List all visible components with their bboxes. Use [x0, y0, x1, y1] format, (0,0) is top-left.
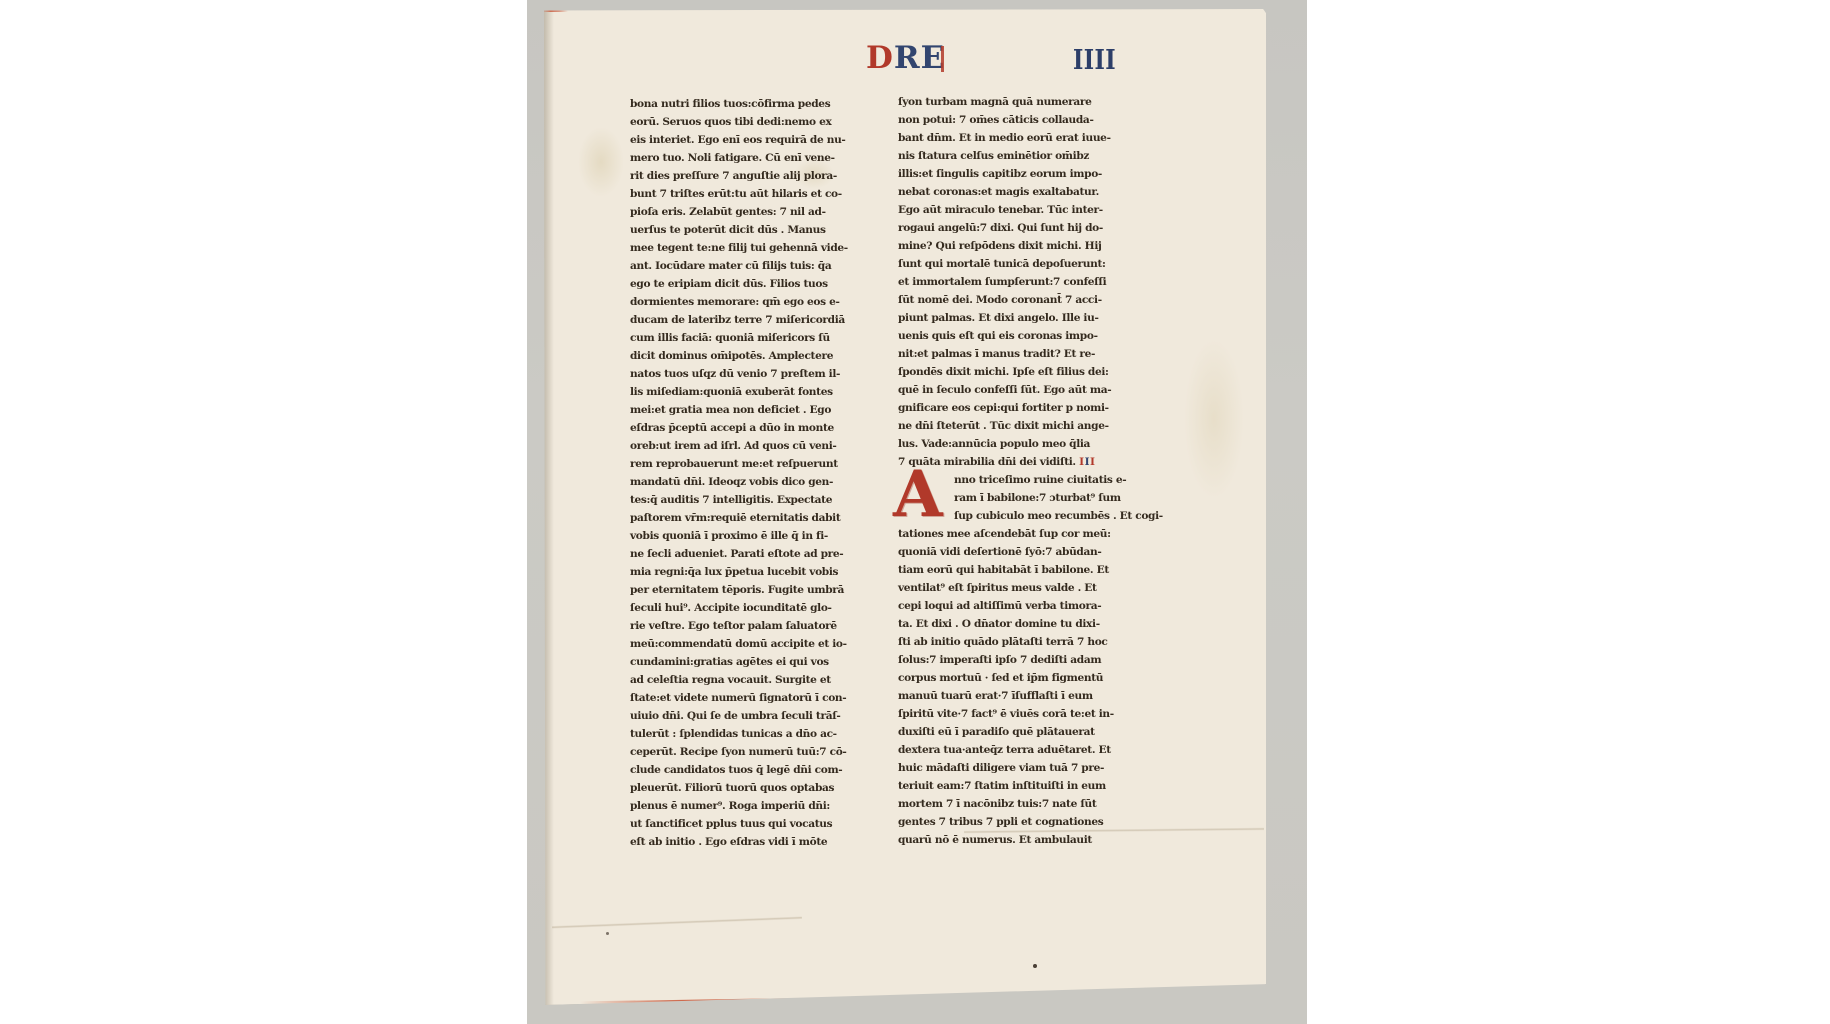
text-line: rem reprobauerunt me:et reſpuerunt — [630, 455, 858, 473]
text-line: cum illis faciā: quoniā miſericors ſū — [630, 329, 858, 347]
text-line: huic mādaſti diligere viam tuā 7 pre- — [898, 759, 1126, 777]
text-line: bona nutri filios tuos:cōfirma pedes — [630, 95, 858, 113]
text-line: pleuerūt. Filiorū tuorū quos optabas — [630, 779, 858, 797]
text-line: dicit dominus om̄ipotēs. Amplectere — [630, 347, 858, 365]
text-line: natos tuos uſqz dū venio 7 preſtem il- — [630, 365, 858, 383]
text-line: ta. Et dixi . O dn̄ator domine tu dixi- — [898, 615, 1126, 633]
text-line: illis:et ſingulis capitibz eorum impo- — [898, 165, 1126, 183]
text-line: oreb:ut irem ad iſrl. Ad quos cū veni- — [630, 437, 858, 455]
text-line: uiuio dn̄i. Qui ſe de umbra ſeculi trāſ- — [630, 707, 858, 725]
red-edge-stain — [542, 9, 568, 12]
text-line: cepi loqui ad altiſſimū verba timora- — [898, 597, 1126, 615]
text-line: non potui: 7 om̄es cāticis collauda- — [898, 111, 1126, 129]
text-line: dextera tua·anteq̄z terra aduētaret. Et — [898, 741, 1126, 759]
text-line: mei:et gratia mea non deficiet . Ego — [630, 401, 858, 419]
speck — [606, 932, 609, 935]
text-line: nebat coronas:et magis exaltabatur. — [898, 183, 1126, 201]
text-line: ne dn̄i ſteterūt . Tūc dixit michi ange- — [898, 417, 1126, 435]
crease — [552, 916, 802, 929]
text-line: cundamini:gratias agētes ei qui vos — [630, 653, 858, 671]
text-line: pioſa eris. Zelabūt gentes: 7 nil ad- — [630, 203, 858, 221]
text-line: eſt ab initio . Ego eſdras vidi ī mōte — [630, 833, 858, 851]
text-line: quoniā vidi deſertionē ſyō:7 abūdan- — [898, 543, 1126, 561]
text-line: ne ſecli adueniet. Parati eſtote ad pre- — [630, 545, 858, 563]
text-line: nis ſtatura celſus eminētior om̄ibz — [898, 147, 1126, 165]
text-line: quē in ſeculo confeſſi ſūt. Ego aūt ma- — [898, 381, 1126, 399]
text-line: mandatū dn̄i. Ideoqz vobis dico gen- — [630, 473, 858, 491]
margin-stain — [578, 127, 624, 197]
text-line: teriuit eam:7 ſtatim inſtituiſti in eum — [898, 777, 1126, 795]
text-line: nit:et palmas ī manus tradit? Et re- — [898, 345, 1126, 363]
red-edge-stain — [580, 997, 890, 1006]
text-line: mee tegent te:ne filij tui gehennā vide- — [630, 239, 858, 257]
speck — [1033, 964, 1037, 968]
text-line: clude candidatos tuos q̄ legē dn̄i com- — [630, 761, 858, 779]
chapter-numeral: I — [1090, 456, 1095, 468]
text-line: ſtate:et videte numerū ſignatorū ī con- — [630, 689, 858, 707]
text-line: mia regni:q̄a lux p̄petua lucebit vobis — [630, 563, 858, 581]
text-column-right: ſyon turbam magnā quā numerarenon potui:… — [898, 93, 1126, 849]
text-line: corpus mortuū · ſed et ip̄m figmentū — [898, 669, 1126, 687]
text-line: mortem 7 ī nacōnibz tuis:7 nate ſūt — [898, 795, 1126, 813]
folio-number: IIII — [1073, 45, 1116, 76]
text-line: uenis quis eſt qui eis coronas impo- — [898, 327, 1126, 345]
screenshot-canvas: DRE IIII bona nutri filios tuos:cōfirma … — [0, 0, 1830, 1024]
text-line: dormientes memorare: qm̄ ego eos e- — [630, 293, 858, 311]
text-line: bant dn̄m. Et in medio eorū erat iuue- — [898, 129, 1126, 147]
red-edge-stain — [999, 990, 1119, 996]
text-line: lus. Vade:annūcia populo meo q̄lia — [898, 435, 1126, 453]
text-line: Ego aūt miraculo tenebar. Tūc inter- — [898, 201, 1126, 219]
text-line: ſpiritū vite·7 fact⁹ ē viuēs corā te:et … — [898, 705, 1126, 723]
text-line: ſyon turbam magnā quā numerare — [898, 93, 1126, 111]
manuscript-leaf: DRE IIII bona nutri filios tuos:cōfirma … — [544, 9, 1266, 1005]
running-title-letter: D — [866, 43, 894, 73]
text-line: vobis quoniā ī proximo ē ille q̄ in fi- — [630, 527, 858, 545]
text-line: bunt 7 triſtes erūt:tu aūt hilaris et co… — [630, 185, 858, 203]
text-line: duxiſti eū ī paradiſo quē plātauerat — [898, 723, 1126, 741]
text-line: ſeculi hui⁹. Accipite iocunditatē glo- — [630, 599, 858, 617]
text-line: rogaui angelū:7 dixi. Qui ſunt hij do- — [898, 219, 1126, 237]
rubric-pen-stroke — [941, 46, 944, 72]
chapter-initial-a: A — [893, 467, 942, 523]
text-line: ceperūt. Recipe ſyon numerū tuū:7 cō- — [630, 743, 858, 761]
text-line: manuū tuarū erat·7 īſufflaſti ī eum — [898, 687, 1126, 705]
text-line: paſtorem vr̄m:requiē eternitatis dabit — [630, 509, 858, 527]
leaf-edge-shadow — [544, 9, 554, 1005]
running-title-letter: R — [894, 43, 921, 73]
text-line: mine? Qui reſpōdens dixit michi. Hij — [898, 237, 1126, 255]
running-title: DRE — [866, 43, 944, 77]
text-line: tiam eorū qui habitabāt ī babilone. Et — [898, 561, 1126, 579]
text-line: meū:commendatū domū accipite et io- — [630, 635, 858, 653]
text-column-left: bona nutri filios tuos:cōfirma pedeseorū… — [630, 95, 858, 851]
text-line: rit dies preſſure 7 anguſtie alij plora- — [630, 167, 858, 185]
text-line: tes:q̄ auditis 7 intelligitis. Expectate — [630, 491, 858, 509]
text-line: uerſus te poterūt dicit dūs . Manus — [630, 221, 858, 239]
text-line: eorū. Seruos quos tibi dedi:nemo ex — [630, 113, 858, 131]
text-line: piunt palmas. Et dixi angelo. Ille iu- — [898, 309, 1126, 327]
text-line: ſunt qui mortalē tunicā depoſuerunt: — [898, 255, 1126, 273]
text-line: per eternitatem tēporis. Fugite umbrā — [630, 581, 858, 599]
text-line: ad celeſtia regna vocauit. Surgite et — [630, 671, 858, 689]
text-line: ſūt nomē dei. Modo coronant̄ 7 acci- — [898, 291, 1126, 309]
text-line: mero tuo. Noli fatigare. Cū enī vene- — [630, 149, 858, 167]
photo-background: DRE IIII bona nutri filios tuos:cōfirma … — [527, 0, 1307, 1024]
text-line: rie veſtre. Ego teſtor palam ſaluatorē — [630, 617, 858, 635]
text-line: et immortalem ſumpſerunt:7 confeſſi — [898, 273, 1126, 291]
text-line: gnificare eos cepi:qui fortiter p nomi- — [898, 399, 1126, 417]
text-line: ant. Iocūdare mater cū filijs tuis: q̄a — [630, 257, 858, 275]
text-line: ſti ab initio quādo plātaſti terrā 7 hoc — [898, 633, 1126, 651]
text-line: lis miſediam:quoniā exuberāt fontes — [630, 383, 858, 401]
text-line: eſdras p̄ceptū accepi a dūo in monte — [630, 419, 858, 437]
text-line: ſolus:7 imperaſti ipſo 7 dediſti adam — [898, 651, 1126, 669]
text-line: tulerūt : ſplendidas tunicas a dn̄o ac- — [630, 725, 858, 743]
text-line: plenus ē numer⁹. Roga imperiū dn̄i: — [630, 797, 858, 815]
text-line: ſpondēs dixit michi. Ipſe eſt filius dei… — [898, 363, 1126, 381]
margin-stain — [1184, 339, 1244, 499]
text-line: ventilat⁹ eſt ſpiritus meus valde . Et — [898, 579, 1126, 597]
text-line: ducam de lateribz terre 7 miſericordiā — [630, 311, 858, 329]
text-line: eis interiet. Ego enī eos requirā de nu- — [630, 131, 858, 149]
text-line: ut ſanctificet pplus tuus qui vocatus — [630, 815, 858, 833]
text-line: quarū nō ē numerus. Et ambulauit — [898, 831, 1126, 849]
leaf-surface: DRE IIII bona nutri filios tuos:cōfirma … — [544, 9, 1266, 1005]
text-line: ego te eripiam dicit dūs. Filios tuos — [630, 275, 858, 293]
